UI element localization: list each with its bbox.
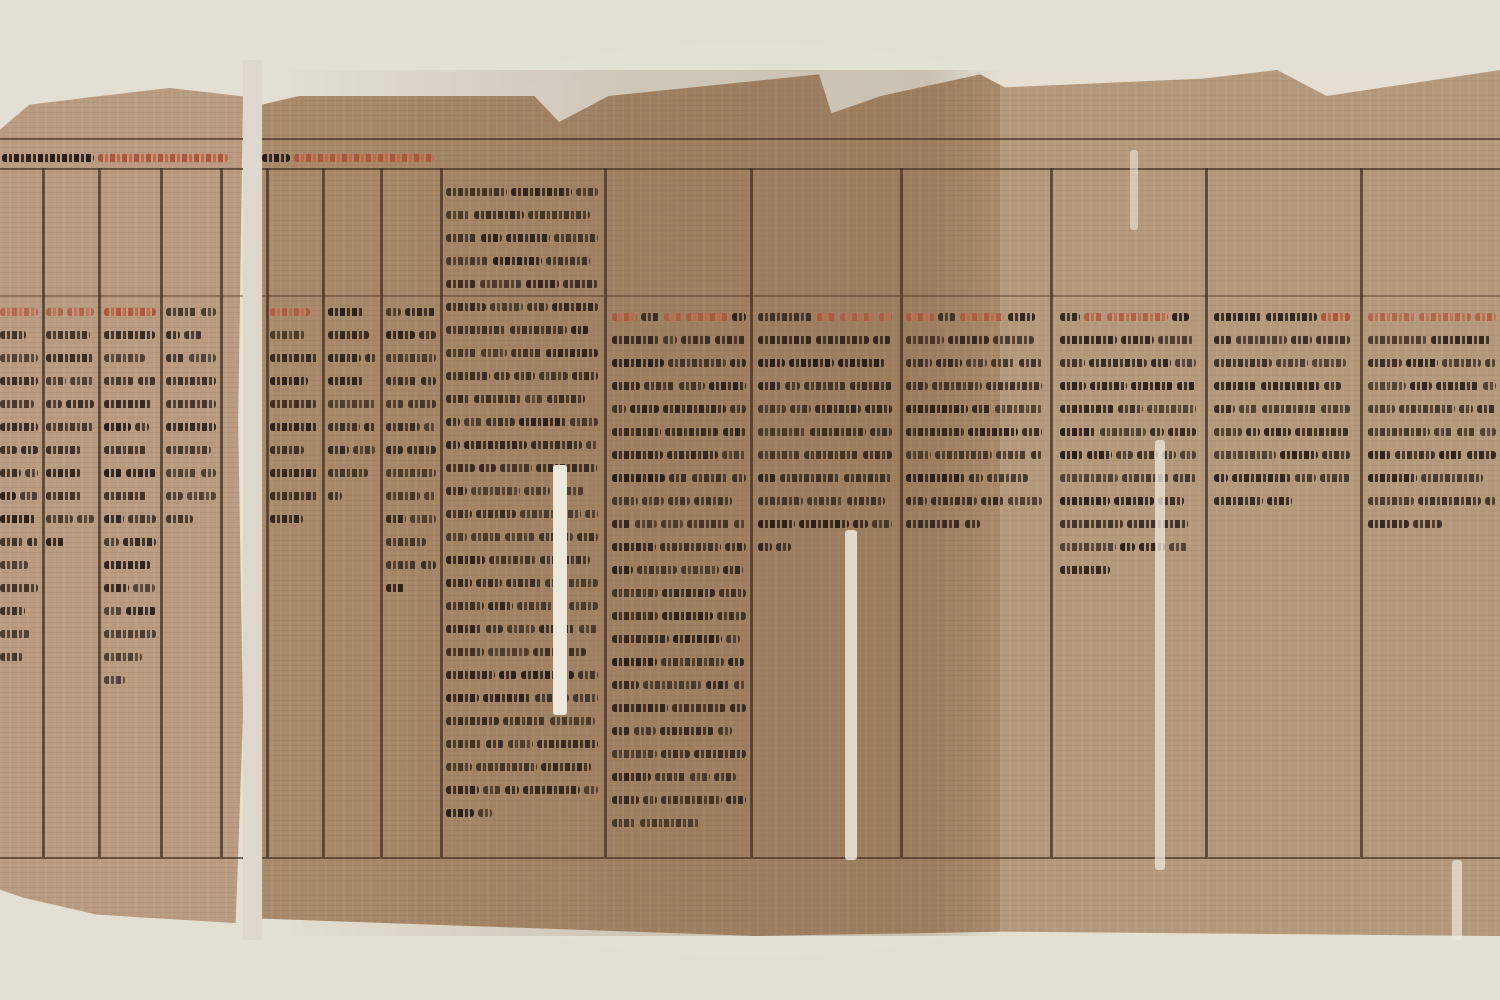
ink-glyph-group: [123, 538, 156, 546]
column-divider: [266, 168, 269, 857]
ink-glyph-group: [1324, 382, 1341, 390]
text-line: [46, 530, 98, 553]
ink-glyph-group: [850, 382, 892, 390]
text-line: [446, 249, 602, 272]
text-line: [446, 663, 602, 686]
ink-glyph-group: [642, 497, 664, 505]
ink-glyph-group: [1291, 336, 1312, 344]
ink-glyph-group: [694, 750, 746, 758]
ink-glyph-group: [563, 280, 598, 288]
ink-glyph-group: [0, 400, 34, 408]
text-line: [1214, 305, 1354, 328]
ink-glyph-group: [906, 497, 927, 505]
text-line: [386, 461, 440, 484]
text-line: [612, 719, 750, 742]
ink-glyph-group: [328, 469, 368, 477]
ink-glyph-group: [872, 520, 892, 528]
ink-glyph-group: [486, 740, 504, 748]
text-line: [446, 479, 602, 502]
column-divider: [604, 168, 607, 857]
ink-glyph-group: [612, 543, 656, 551]
ink-glyph-group: [681, 336, 711, 344]
ink-glyph-group: [446, 441, 460, 449]
text-line: [1060, 558, 1200, 581]
text-line: [328, 300, 380, 323]
ink-glyph-group: [0, 630, 30, 638]
ink-glyph-group: [21, 446, 38, 454]
text-line: [446, 594, 602, 617]
ink-glyph-group: [663, 336, 677, 344]
text-line: [612, 811, 750, 834]
text-line: [328, 461, 380, 484]
ink-glyph-group: [661, 750, 690, 758]
ink-glyph-group: [1413, 520, 1442, 528]
ink-glyph-group: [328, 354, 361, 362]
ink-glyph-group: [424, 492, 436, 500]
text-line: [612, 581, 750, 604]
ink-glyph-group: [523, 786, 580, 794]
ink-glyph-group: [1264, 428, 1291, 436]
ink-glyph-group: [386, 423, 420, 431]
text-line: [104, 346, 160, 369]
ink-glyph-group: [1120, 543, 1135, 551]
text-line: [0, 576, 42, 599]
ink-glyph-group: [138, 377, 156, 385]
ink-glyph-group: [570, 418, 598, 426]
text-line: [166, 369, 220, 392]
ink-glyph-group: [673, 635, 722, 643]
ink-glyph-group: [386, 354, 436, 362]
ink-glyph-group: [270, 469, 318, 477]
text-line: [104, 461, 160, 484]
ink-glyph-group: [270, 354, 318, 362]
ink-glyph-group: [1457, 428, 1476, 436]
ink-glyph-group: [1175, 359, 1196, 367]
text-line: [1060, 328, 1200, 351]
ink-glyph-group: [906, 405, 968, 413]
ink-glyph-group: [446, 648, 484, 656]
ink-glyph-group: [1114, 497, 1154, 505]
text-line: [446, 617, 602, 640]
ruling-top-line: [0, 138, 1500, 140]
ink-glyph-group: [780, 474, 840, 482]
text-line: [270, 507, 322, 530]
column-divider: [1205, 168, 1208, 857]
ink-glyph-group: [987, 474, 1028, 482]
ink-glyph-group: [166, 469, 197, 477]
text-line: [758, 443, 896, 466]
ink-glyph-group: [135, 423, 149, 431]
text-line: [1368, 443, 1500, 466]
text-line: [46, 484, 98, 507]
ink-glyph-group: [464, 441, 527, 449]
ink-glyph-group: [189, 354, 216, 362]
text-line: [328, 369, 380, 392]
ink-glyph-group: [0, 446, 17, 454]
ink-glyph-group: [476, 579, 502, 587]
ink-glyph-group: [936, 359, 962, 367]
ink-glyph-group: [1419, 313, 1471, 321]
ink-glyph-group: [1434, 428, 1453, 436]
ink-glyph-group: [1168, 428, 1196, 436]
text-line: [906, 512, 1046, 535]
text-line: [386, 369, 440, 392]
text-line: [46, 438, 98, 461]
text-line: [1060, 420, 1200, 443]
ink-glyph-group: [1475, 313, 1496, 321]
ink-glyph-group: [1439, 451, 1463, 459]
text-line: [386, 530, 440, 553]
ink-glyph-group: [1399, 405, 1455, 413]
ink-glyph-group: [612, 796, 639, 804]
text-column: [46, 300, 98, 553]
text-column: [906, 305, 1046, 535]
papyrus-crack: [845, 530, 857, 860]
text-column: [386, 300, 440, 599]
text-line: [758, 512, 896, 535]
text-line: [1368, 466, 1500, 489]
ink-glyph-group: [1266, 313, 1317, 321]
text-line: [446, 433, 602, 456]
ink-glyph-group: [104, 630, 156, 638]
ink-glyph-group: [1214, 474, 1228, 482]
ink-glyph-group: [719, 589, 746, 597]
ink-glyph-group: [1116, 451, 1133, 459]
text-line: [1060, 443, 1200, 466]
ink-glyph-group: [1214, 497, 1263, 505]
ink-glyph-group: [166, 515, 193, 523]
column-divider: [322, 168, 325, 857]
ink-glyph-group: [531, 441, 582, 449]
text-line: [104, 599, 160, 622]
ink-glyph-group: [446, 671, 495, 679]
ink-glyph-group: [70, 377, 94, 385]
text-line: [758, 535, 896, 558]
ink-glyph-group: [270, 423, 318, 431]
text-line: [270, 461, 322, 484]
ink-glyph-group: [612, 451, 663, 459]
text-line: [612, 351, 750, 374]
text-line: [1214, 351, 1354, 374]
text-line: [386, 438, 440, 461]
ink-glyph-group: [546, 257, 590, 265]
text-line: [166, 438, 220, 461]
ink-glyph-group: [520, 510, 581, 518]
ink-glyph-group: [0, 653, 23, 661]
ink-glyph-group: [0, 607, 25, 615]
ink-glyph-group: [410, 515, 436, 523]
ink-glyph-group: [201, 308, 216, 316]
text-column: [758, 305, 896, 558]
ink-glyph-group: [1459, 405, 1473, 413]
column-divider: [220, 168, 223, 857]
ink-glyph-group: [579, 625, 598, 633]
ink-glyph-group: [1022, 428, 1042, 436]
ink-glyph-group: [104, 607, 122, 615]
text-line: [328, 415, 380, 438]
ink-glyph-group: [667, 451, 718, 459]
text-line: [0, 369, 42, 392]
ink-glyph-group: [104, 492, 147, 500]
text-line: [1060, 466, 1200, 489]
ink-glyph-group: [0, 423, 38, 431]
text-line: [386, 392, 440, 415]
text-line: [328, 346, 380, 369]
ink-glyph-group: [804, 382, 846, 390]
ink-glyph-group: [853, 520, 868, 528]
ink-glyph-group: [847, 497, 885, 505]
ink-glyph-group: [328, 400, 376, 408]
ink-glyph-group: [1060, 497, 1110, 505]
ink-glyph-group: [692, 474, 728, 482]
text-line: [758, 374, 896, 397]
text-line: [1214, 489, 1354, 512]
ink-glyph-group: [510, 326, 567, 334]
text-line: [1214, 397, 1354, 420]
ink-glyph-group: [758, 336, 812, 344]
ink-glyph-group: [0, 492, 16, 500]
ink-glyph-group: [526, 280, 559, 288]
ink-glyph-group: [660, 727, 714, 735]
ink-glyph-group: [104, 423, 131, 431]
text-line: [1214, 466, 1354, 489]
ink-glyph-group: [873, 336, 891, 344]
ink-glyph-group: [1262, 405, 1317, 413]
ink-glyph-group: [758, 313, 813, 321]
ink-glyph-group: [663, 405, 726, 413]
text-line: [1368, 328, 1500, 351]
ink-glyph-group: [1060, 359, 1085, 367]
ink-glyph-group: [1368, 520, 1409, 528]
ink-glyph-group: [1121, 336, 1154, 344]
ink-glyph-group: [27, 538, 38, 546]
ink-glyph-group: [446, 510, 472, 518]
ink-glyph-group: [514, 372, 535, 380]
header-rubric-left: [2, 146, 238, 169]
ink-glyph-group: [386, 377, 417, 385]
papyrus-crack: [1130, 150, 1138, 230]
ink-glyph-group: [672, 704, 726, 712]
ink-glyph-group: [993, 336, 1034, 344]
text-line: [446, 295, 602, 318]
ink-glyph-group: [1158, 336, 1194, 344]
text-line: [104, 622, 160, 645]
ink-glyph-group: [1060, 428, 1096, 436]
ink-glyph-group: [723, 428, 746, 436]
ink-glyph-group: [661, 796, 722, 804]
ink-glyph-group: [386, 584, 405, 592]
ink-glyph-group: [968, 428, 1018, 436]
text-line: [0, 300, 42, 323]
ink-glyph-group: [758, 382, 781, 390]
ink-glyph-group: [505, 533, 535, 541]
ink-glyph-group: [571, 326, 589, 334]
ink-glyph-group: [506, 234, 550, 242]
text-column: [1060, 305, 1200, 581]
ink-glyph-group: [1060, 382, 1086, 390]
ink-glyph-group: [1410, 382, 1432, 390]
ink-glyph-group: [421, 377, 436, 385]
ink-glyph-group: [612, 405, 626, 413]
text-line: [446, 341, 602, 364]
ink-glyph-group: [715, 336, 746, 344]
text-line: [1060, 535, 1200, 558]
ink-glyph-group: [1316, 336, 1350, 344]
ink-glyph-group: [584, 786, 598, 794]
ink-glyph-group: [722, 451, 746, 459]
ink-glyph-group: [486, 625, 503, 633]
ink-glyph-group: [717, 612, 746, 620]
ink-glyph-group: [732, 474, 746, 482]
text-line: [446, 686, 602, 709]
ink-glyph-group: [573, 694, 598, 702]
ink-glyph-group: [104, 308, 156, 316]
ink-glyph-group: [270, 331, 305, 339]
text-line: [446, 709, 602, 732]
ink-glyph-group: [386, 400, 404, 408]
text-line: [46, 300, 98, 323]
text-line: [446, 318, 602, 341]
ink-glyph-group: [906, 451, 931, 459]
text-line: [104, 668, 160, 691]
text-line: [1060, 512, 1200, 535]
ink-glyph-group: [643, 681, 702, 689]
ink-glyph-group: [446, 786, 479, 794]
ink-glyph-group: [966, 359, 987, 367]
ink-glyph-group: [758, 543, 772, 551]
ink-glyph-group: [758, 405, 786, 413]
ink-glyph-group: [706, 681, 730, 689]
column-divider: [42, 168, 45, 857]
ink-glyph-group: [669, 474, 688, 482]
column-divider: [440, 168, 443, 857]
ink-glyph-group: [483, 694, 531, 702]
text-column: [612, 305, 750, 834]
ink-glyph-group: [541, 763, 591, 771]
text-line: [906, 443, 1046, 466]
ink-glyph-group: [1100, 428, 1146, 436]
text-line: [0, 323, 42, 346]
ink-glyph-group: [758, 474, 776, 482]
text-line: [906, 328, 1046, 351]
text-line: [166, 415, 220, 438]
text-line: [0, 461, 42, 484]
ink-glyph-group: [1321, 313, 1350, 321]
ink-glyph-group: [480, 280, 522, 288]
text-line: [46, 346, 98, 369]
papyrus-crack: [553, 465, 567, 715]
ink-glyph-group: [1060, 543, 1116, 551]
ink-glyph-group: [569, 602, 598, 610]
ink-glyph-group: [612, 750, 657, 758]
text-line: [0, 438, 42, 461]
ink-glyph-group: [640, 819, 699, 827]
ink-glyph-group: [446, 464, 475, 472]
ink-glyph-group: [328, 331, 369, 339]
ink-glyph-group: [328, 492, 342, 500]
text-line: [1060, 351, 1200, 374]
ink-glyph-group: [1169, 543, 1188, 551]
text-line: [612, 558, 750, 581]
ink-glyph-group: [494, 372, 510, 380]
ink-glyph-group: [481, 234, 502, 242]
ink-glyph-group: [1406, 359, 1438, 367]
ink-glyph-group: [552, 303, 598, 311]
ink-glyph-group: [681, 566, 719, 574]
ink-glyph-group: [270, 515, 303, 523]
ink-glyph-group: [464, 418, 482, 426]
ink-glyph-group: [446, 602, 484, 610]
column-divider: [1050, 168, 1053, 857]
ink-glyph-group: [1368, 382, 1406, 390]
text-line: [612, 443, 750, 466]
text-line: [612, 742, 750, 765]
ink-glyph-group: [46, 354, 94, 362]
ink-glyph-group: [668, 359, 726, 367]
ink-glyph-group: [328, 377, 364, 385]
ink-glyph-group: [446, 326, 506, 334]
ink-glyph-group: [446, 257, 489, 265]
ink-glyph-group: [166, 423, 216, 431]
ink-glyph-group: [1480, 428, 1496, 436]
ink-glyph-group: [865, 405, 892, 413]
ink-glyph-group: [474, 395, 521, 403]
ink-glyph-group: [408, 400, 436, 408]
text-line: [446, 525, 602, 548]
ink-glyph-group: [1087, 451, 1112, 459]
ink-glyph-group: [938, 313, 956, 321]
text-line: [166, 484, 220, 507]
text-line: [612, 696, 750, 719]
text-line: [328, 484, 380, 507]
ink-glyph-group: [758, 497, 803, 505]
ink-glyph-group: [1418, 497, 1481, 505]
ink-glyph-group: [687, 520, 730, 528]
ink-glyph-group: [104, 515, 124, 523]
ink-glyph-group: [612, 336, 659, 344]
ink-glyph-group: [1107, 313, 1168, 321]
column-divider: [160, 168, 163, 857]
ink-glyph-group: [965, 520, 980, 528]
ink-glyph-group: [838, 359, 885, 367]
text-line: [166, 346, 220, 369]
ink-glyph-group: [419, 331, 436, 339]
ink-glyph-group: [576, 188, 598, 196]
ink-glyph-group: [479, 464, 496, 472]
ink-glyph-group: [364, 423, 376, 431]
ink-glyph-group: [785, 382, 800, 390]
ink-glyph-group: [1280, 451, 1318, 459]
ink-glyph-group: [726, 796, 746, 804]
text-line: [386, 323, 440, 346]
ink-glyph-group: [906, 428, 964, 436]
ink-glyph-group: [1295, 428, 1349, 436]
ink-glyph-group: [1089, 359, 1147, 367]
ink-glyph-group: [726, 635, 740, 643]
text-line: [612, 397, 750, 420]
ink-glyph-group: [612, 773, 651, 781]
ink-glyph-group: [126, 469, 156, 477]
ink-glyph-group: [612, 727, 630, 735]
ink-glyph-group: [1019, 359, 1042, 367]
ink-glyph-group: [1180, 451, 1196, 459]
ink-glyph-group: [446, 280, 476, 288]
ink-glyph-group: [1090, 382, 1127, 390]
papyrus-crack: [1452, 860, 1462, 940]
ink-glyph-group: [1436, 382, 1479, 390]
ink-glyph-group: [1172, 313, 1189, 321]
ink-glyph-group: [612, 658, 657, 666]
